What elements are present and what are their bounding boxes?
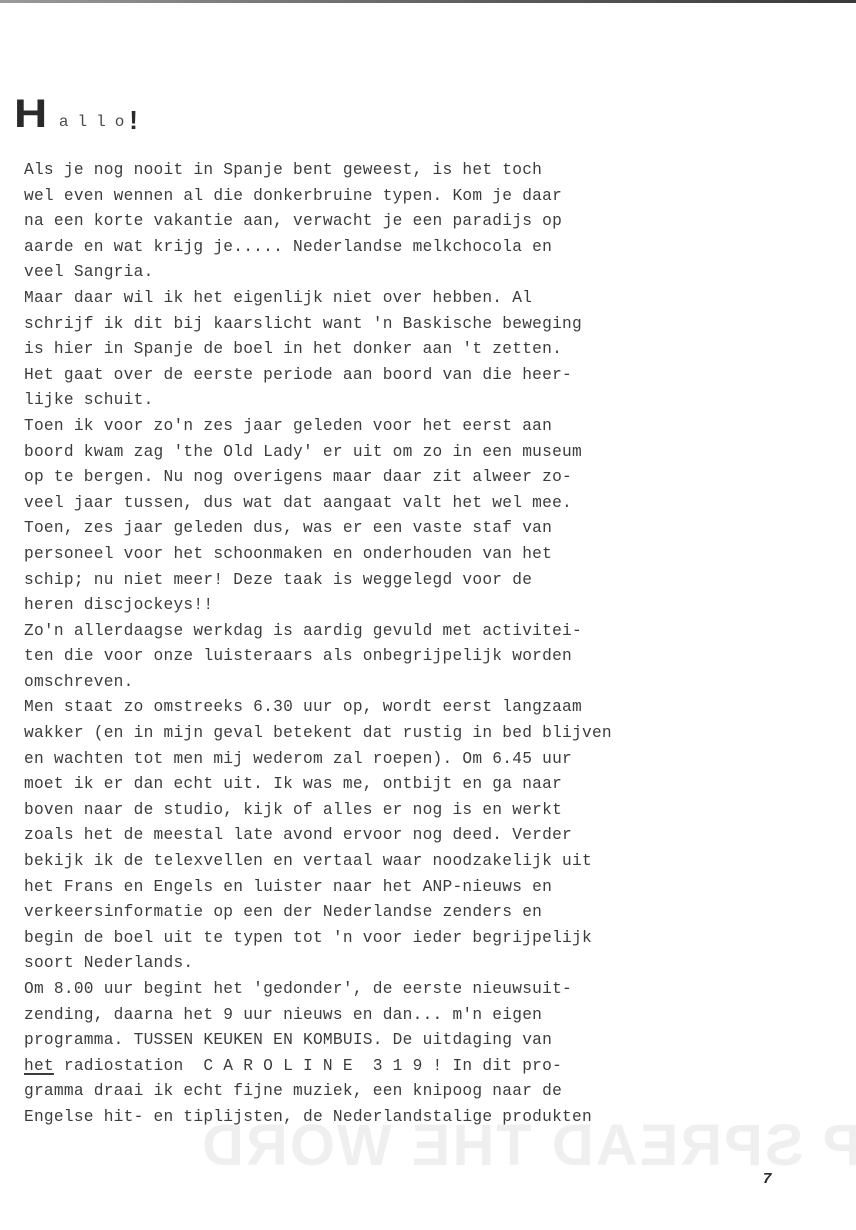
text-line: Maar daar wil ik het eigenlijk niet over… (24, 286, 844, 312)
article-heading: H allo ! (14, 96, 138, 132)
text-line: moet ik er dan echt uit. Ik was me, ontb… (24, 772, 844, 798)
text-line: ten die voor onze luisteraars als onbegr… (24, 644, 844, 670)
text-line: gramma draai ik echt fijne muziek, een k… (24, 1079, 844, 1105)
text-line: begin de boel uit te typen tot 'n voor i… (24, 926, 844, 952)
text-line: Om 8.00 uur begint het 'gedonder', de ee… (24, 977, 844, 1003)
text-line: zoals het de meestal late avond ervoor n… (24, 823, 844, 849)
text-line: veel jaar tussen, dus wat dat aangaat va… (24, 491, 844, 517)
article-body: Als je nog nooit in Spanje bent geweest,… (24, 158, 844, 1131)
text-line: Zo'n allerdaagse werkdag is aardig gevul… (24, 619, 844, 645)
line-remainder: radiostation C A R O L I N E 3 1 9 ! In … (54, 1057, 562, 1075)
text-line: op te bergen. Nu nog overigens maar daar… (24, 465, 844, 491)
text-line: wakker (en in mijn geval betekent dat ru… (24, 721, 844, 747)
text-line: schrijf ik dit bij kaarslicht want 'n Ba… (24, 312, 844, 338)
heading-initial: H (14, 96, 47, 132)
text-line: zending, daarna het 9 uur nieuws en dan.… (24, 1003, 844, 1029)
page-number: 7 (763, 1170, 771, 1187)
heading-exclamation: ! (129, 108, 138, 132)
text-line: schip; nu niet meer! Deze taak is weggel… (24, 568, 844, 594)
text-line-underlined: het radiostation C A R O L I N E 3 1 9 !… (24, 1054, 844, 1080)
text-line: Toen, zes jaar geleden dus, was er een v… (24, 516, 844, 542)
text-line: omschreven. (24, 670, 844, 696)
text-line: en wachten tot men mij wederom zal roepe… (24, 747, 844, 773)
text-line: boord kwam zag 'the Old Lady' er uit om … (24, 440, 844, 466)
text-line: Toen ik voor zo'n zes jaar geleden voor … (24, 414, 844, 440)
text-line: bekijk ik de telexvellen en vertaal waar… (24, 849, 844, 875)
text-line: Engelse hit- en tiplijsten, de Nederland… (24, 1105, 844, 1131)
text-line: aarde en wat krijg je..... Nederlandse m… (24, 235, 844, 261)
text-line: programma. TUSSEN KEUKEN EN KOMBUIS. De … (24, 1028, 844, 1054)
underlined-word: het (24, 1057, 54, 1075)
heading-rest: allo (59, 114, 133, 132)
text-line: wel even wennen al die donkerbruine type… (24, 184, 844, 210)
text-line: boven naar de studio, kijk of alles er n… (24, 798, 844, 824)
text-line: is hier in Spanje de boel in het donker … (24, 337, 844, 363)
text-line: Het gaat over de eerste periode aan boor… (24, 363, 844, 389)
text-line: lijke schuit. (24, 388, 844, 414)
scan-top-edge (0, 0, 856, 3)
text-line: het Frans en Engels en luister naar het … (24, 875, 844, 901)
text-line: Als je nog nooit in Spanje bent geweest,… (24, 158, 844, 184)
text-line: veel Sangria. (24, 260, 844, 286)
text-line: soort Nederlands. (24, 951, 844, 977)
text-line: Men staat zo omstreeks 6.30 uur op, word… (24, 695, 844, 721)
text-line: na een korte vakantie aan, verwacht je e… (24, 209, 844, 235)
text-line: verkeersinformatie op een der Nederlands… (24, 900, 844, 926)
text-line: personeel voor het schoonmaken en onderh… (24, 542, 844, 568)
text-line: heren discjockeys!! (24, 593, 844, 619)
